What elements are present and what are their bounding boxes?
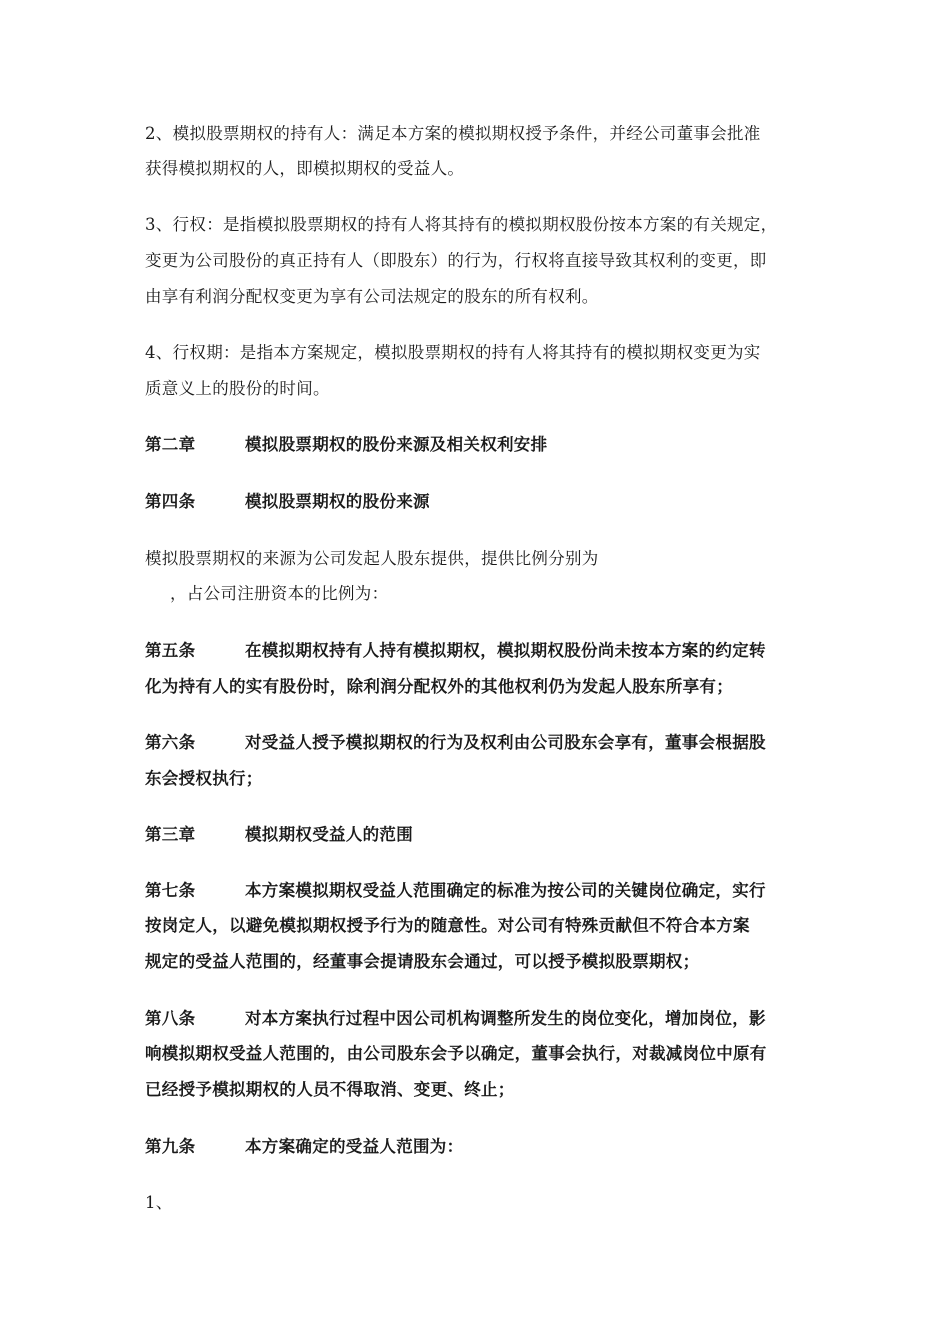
article8-line1: 第八条对本方案执行过程中因公司机构调整所发生的岗位变化，增加岗位，影 (145, 1008, 766, 1030)
article8-line2: 响模拟期权受益人范围的，由公司股东会予以确定，董事会执行，对裁减岗位中原有 (145, 1043, 767, 1065)
chapter2-title: 模拟股票期权的股份来源及相关权利安排 (245, 435, 547, 454)
chapter2-label: 第二章 (145, 434, 245, 456)
article7-line3: 规定的受益人范围的，经董事会提请股东会通过，可以授予模拟股票期权； (145, 951, 699, 973)
document-page: 2、模拟股票期权的持有人：满足本方案的模拟期权授予条件，并经公司董事会批准 获得… (0, 0, 950, 1344)
article9-label: 第九条 (145, 1136, 245, 1158)
article4-label: 第四条 (145, 491, 245, 513)
article8-text1: 对本方案执行过程中因公司机构调整所发生的岗位变化，增加岗位，影 (245, 1009, 766, 1028)
article5-line1: 第五条在模拟期权持有人持有模拟期权，模拟期权股份尚未按本方案的约定转 (145, 640, 766, 662)
list-item-1: 1、 (145, 1192, 173, 1214)
chapter2-heading: 第二章模拟股票期权的股份来源及相关权利安排 (145, 434, 547, 456)
article6-label: 第六条 (145, 732, 245, 754)
article5-line2: 化为持有人的实有股份时，除利润分配权外的其他权利仍为发起人股东所享有； (145, 676, 733, 698)
para-period-line2: 质意义上的股份的时间。 (145, 378, 330, 400)
article7-line2: 按岗定人，以避免模拟期权授予行为的随意性。对公司有特殊贡献但不符合本方案 (145, 915, 750, 937)
article9-heading: 第九条本方案确定的受益人范围为： (145, 1136, 463, 1158)
article4-body-line1: 模拟股票期权的来源为公司发起人股东提供，提供比例分别为 (145, 548, 599, 570)
article4-body-line2: ，占公司注册资本的比例为： (170, 583, 388, 605)
article8-label: 第八条 (145, 1008, 245, 1030)
chapter3-heading: 第三章模拟期权受益人的范围 (145, 824, 413, 846)
para-exercise-line2: 变更为公司股份的真正持有人（即股东）的行为，行权将直接导致其权利的变更，即 (145, 250, 767, 272)
para-holder-line1: 2、模拟股票期权的持有人：满足本方案的模拟期权授予条件，并经公司董事会批准 (145, 123, 761, 145)
para-exercise-line1: 3、行权：是指模拟股票期权的持有人将其持有的模拟期权股份按本方案的有关规定， (145, 214, 777, 236)
chapter3-label: 第三章 (145, 824, 245, 846)
para-holder-line2: 获得模拟期权的人，即模拟期权的受益人。 (145, 158, 464, 180)
chapter3-title: 模拟期权受益人的范围 (245, 825, 413, 844)
article7-line1: 第七条本方案模拟期权受益人范围确定的标准为按公司的关键岗位确定，实行 (145, 880, 766, 902)
article5-label: 第五条 (145, 640, 245, 662)
para-exercise-line3: 由享有利润分配权变更为享有公司法规定的股东的所有权利。 (145, 286, 599, 308)
article7-text1: 本方案模拟期权受益人范围确定的标准为按公司的关键岗位确定，实行 (245, 881, 766, 900)
article5-text1: 在模拟期权持有人持有模拟期权，模拟期权股份尚未按本方案的约定转 (245, 641, 766, 660)
para-period-line1: 4、行权期：是指本方案规定，模拟股票期权的持有人将其持有的模拟期权变更为实 (145, 342, 761, 364)
article9-title: 本方案确定的受益人范围为： (245, 1137, 463, 1156)
article8-line3: 已经授予模拟期权的人员不得取消、变更、终止； (145, 1079, 515, 1101)
article4-heading: 第四条模拟股票期权的股份来源 (145, 491, 430, 513)
article7-label: 第七条 (145, 880, 245, 902)
article6-line1: 第六条对受益人授予模拟期权的行为及权利由公司股东会享有，董事会根据股 (145, 732, 766, 754)
article4-title: 模拟股票期权的股份来源 (245, 492, 430, 511)
article6-line2: 东会授权执行； (145, 768, 263, 790)
article6-text1: 对受益人授予模拟期权的行为及权利由公司股东会享有，董事会根据股 (245, 733, 766, 752)
